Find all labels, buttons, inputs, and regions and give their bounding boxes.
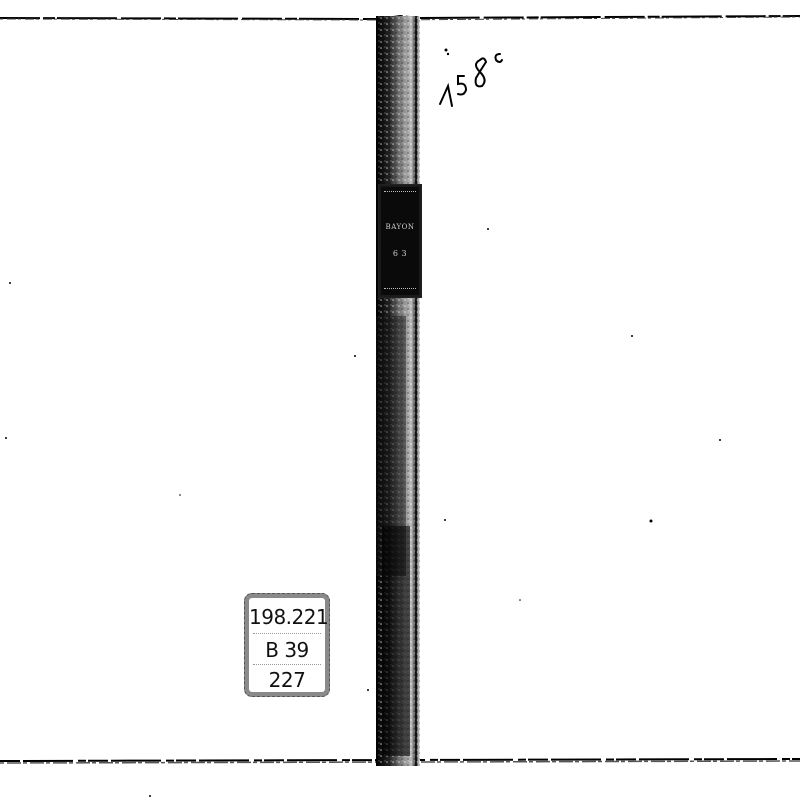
scan-noise-specks — [0, 0, 800, 800]
scanned-book-binding: BAYON 6 3 1586 198.221 B 39 227 — [0, 0, 800, 800]
